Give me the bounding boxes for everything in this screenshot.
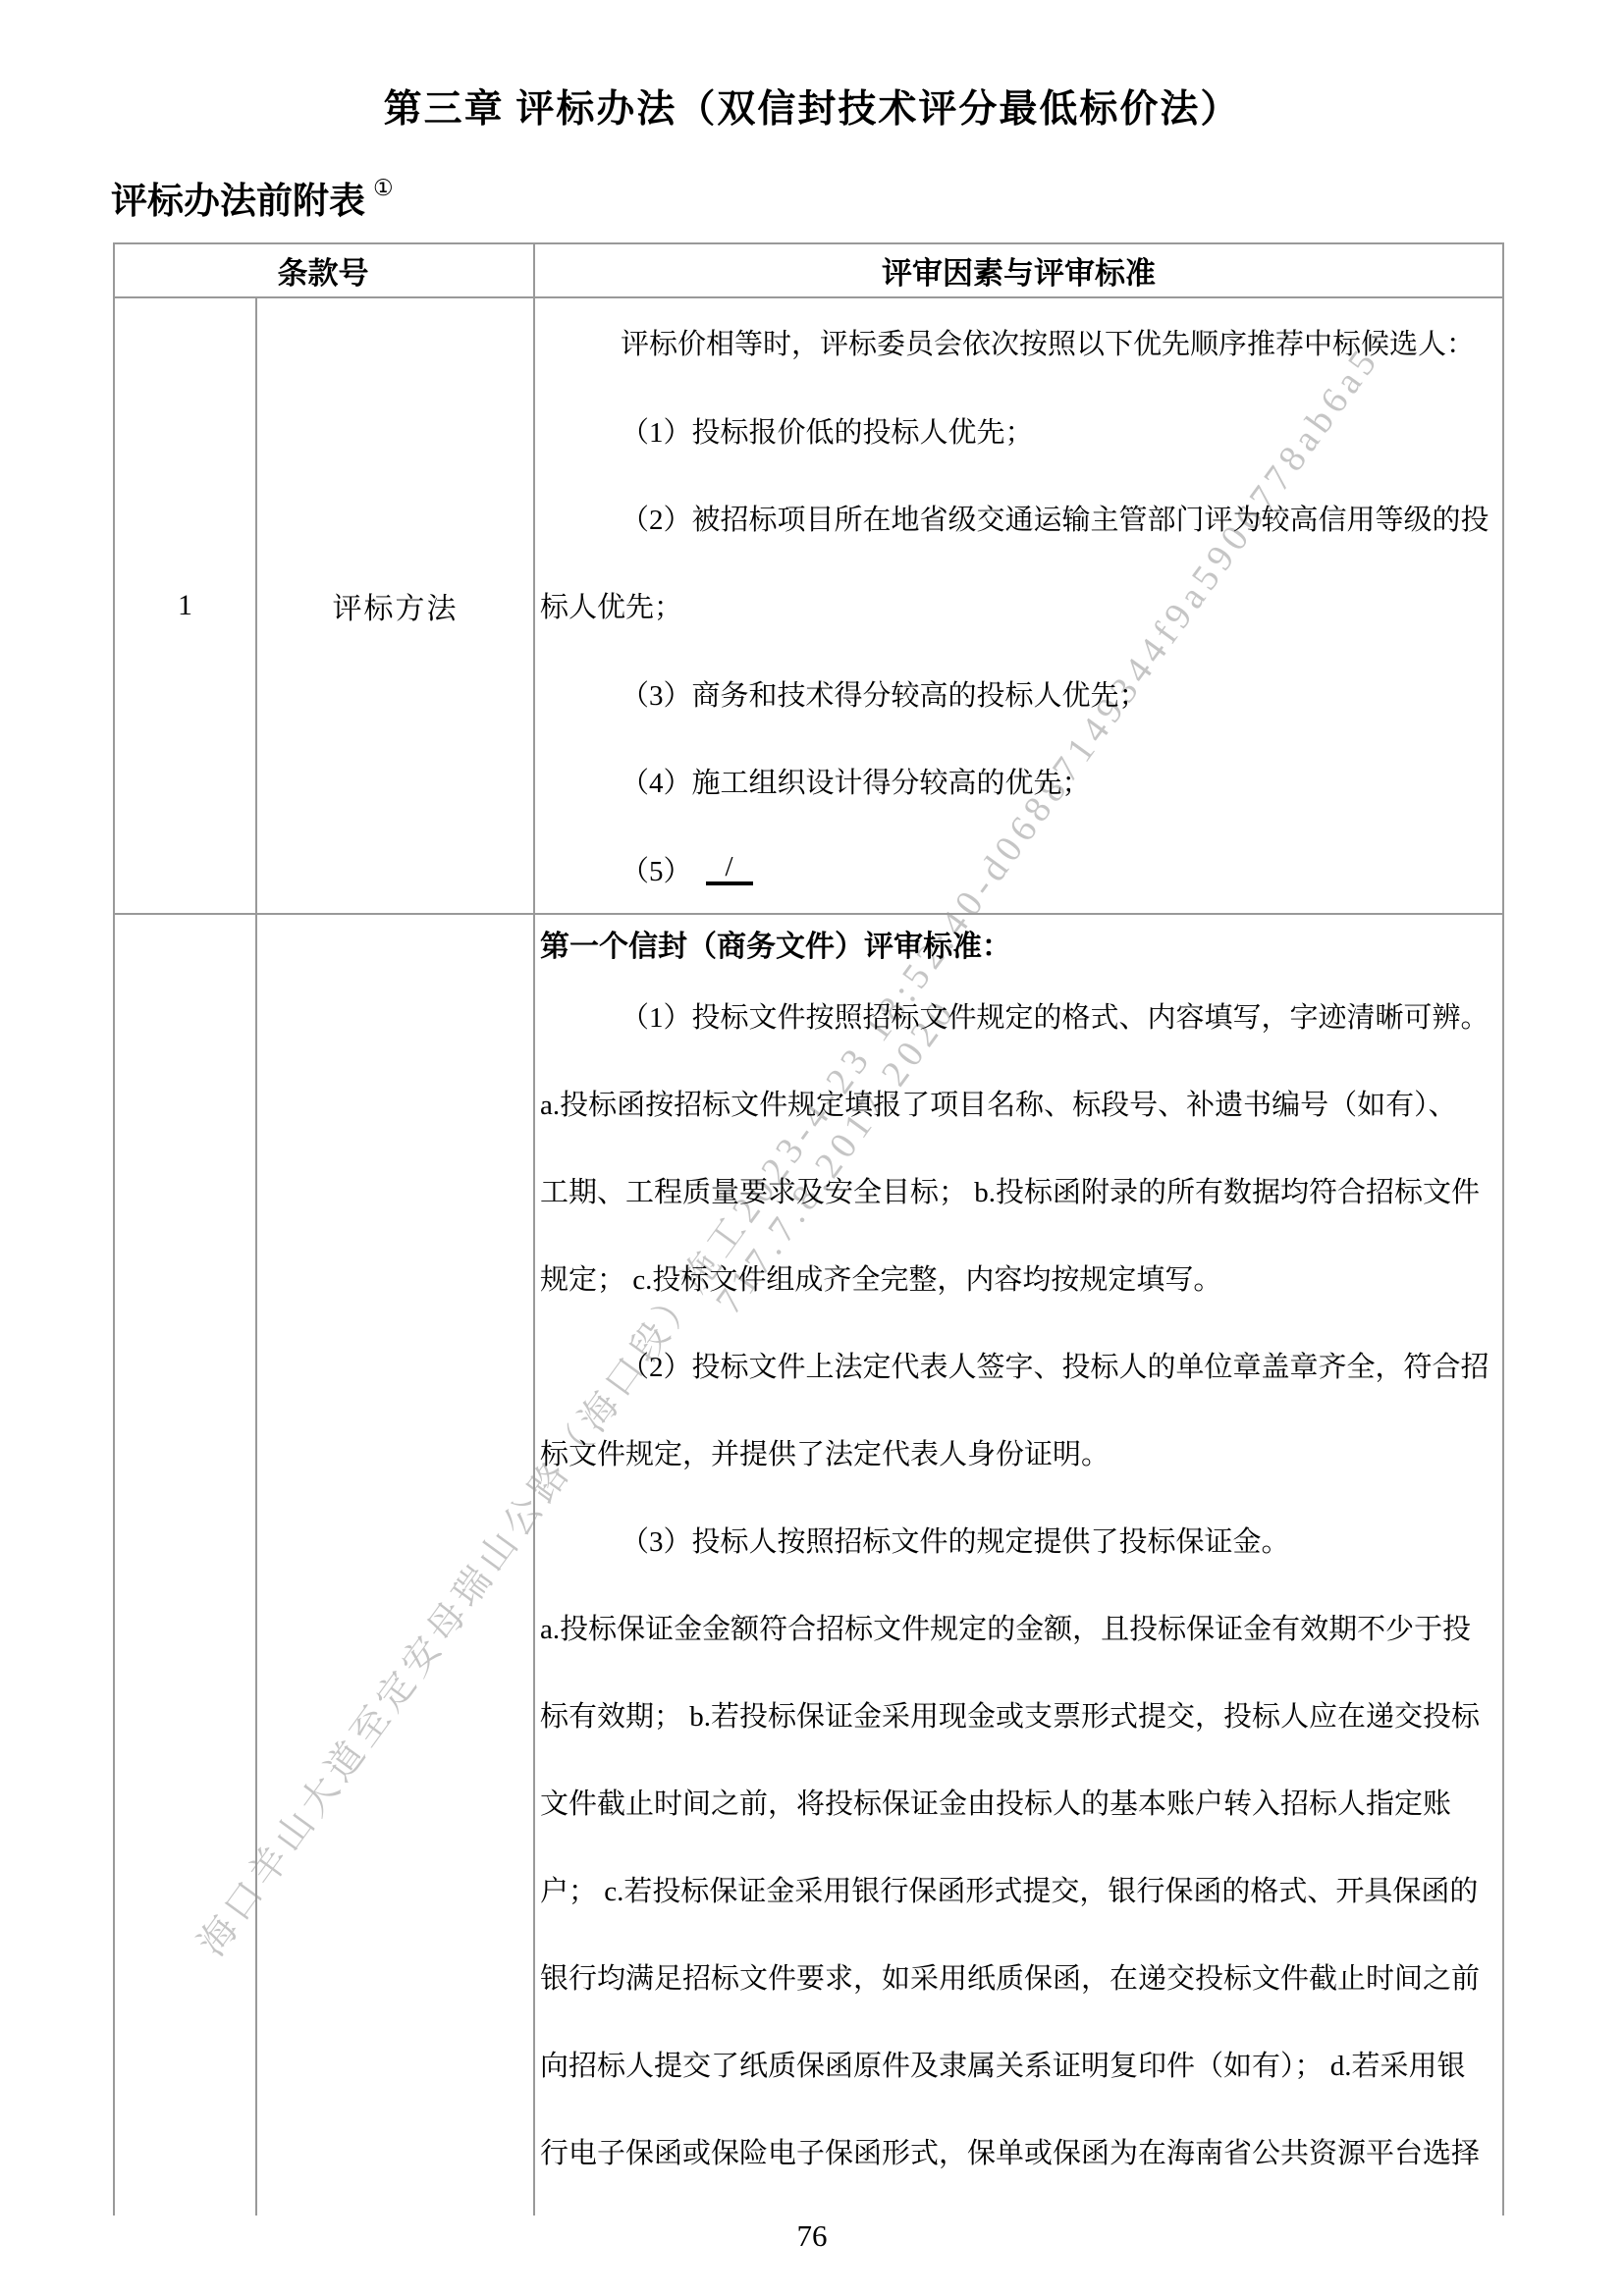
- text-line: 标有效期； b.若投标保证金采用现金或支票形式提交，投标人应在递交投标: [534, 1671, 1502, 1758]
- section-heading-text: 评标办法前附表: [111, 182, 365, 222]
- chapter-title: 第三章 评标办法（双信封技术评分最低标价法）: [0, 79, 1624, 133]
- header-criteria-col: 评审因素与评审标准: [535, 244, 1502, 296]
- text-line: （2）投标文件上法定代表人签字、投标人的单位章盖章齐全，符合招: [534, 1321, 1502, 1409]
- envelope1-criteria-title: 第一个信封（商务文件）评审标准：: [534, 915, 1502, 972]
- text-line: a.投标函按招标文件规定填报了项目名称、标段号、补遗书编号（如有）、: [534, 1059, 1502, 1147]
- text-line: 规定； c.投标文件组成齐全完整，内容均按规定填写。: [534, 1234, 1502, 1321]
- text-line: 评标价相等时，评标委员会依次按照以下优先顺序推荐中标候选人：: [534, 298, 1502, 386]
- section-heading-footnote-mark: ①: [373, 176, 394, 200]
- text-line: （5） /: [534, 825, 1502, 912]
- text-line: （3）投标人按照招标文件的规定提供了投标保证金。: [534, 1496, 1502, 1583]
- text-line: 标文件规定，并提供了法定代表人身份证明。: [534, 1409, 1502, 1496]
- text-line: 银行均满足招标文件要求，如采用纸质保函，在递交投标文件截止时间之前: [534, 1933, 1502, 2020]
- page-number: 76: [0, 2218, 1624, 2254]
- header-clause-col: 条款号: [113, 244, 533, 296]
- item-5-label: （5）: [621, 849, 692, 889]
- text-line: a.投标保证金金额符合招标文件规定的金额，且投标保证金有效期不少于投: [534, 1583, 1502, 1671]
- text-line: （4）施工组织设计得分较高的优先；: [534, 737, 1502, 825]
- text-line: （1）投标报价低的投标人优先；: [534, 386, 1502, 473]
- table-border-right: [1502, 242, 1504, 2216]
- text-line: 文件截止时间之前，将投标保证金由投标人的基本账户转入招标人指定账: [534, 1758, 1502, 1845]
- text-line: （2）被招标项目所在地省级交通运输主管部门评为较高信用等级的投: [534, 474, 1502, 561]
- document-page: 海口羊山大道至定安母瑞山公路（海口段）施工2023-4-23 18:52:40-…: [0, 0, 1624, 2296]
- text-line: 标人优先；: [534, 561, 1502, 649]
- row1-clause-name: 评标方法: [257, 298, 533, 913]
- row1-criteria-content: 评标价相等时，评标委员会依次按照以下优先顺序推荐中标候选人： （1）投标报价低的…: [534, 298, 1502, 913]
- evaluation-table: 条款号 评审因素与评审标准 1 评标方法 评标价相等时，评标委员会依次按照以下优…: [113, 242, 1504, 2216]
- text-line: （1）投标文件按照招标文件规定的格式、内容填写，字迹清晰可辨。: [534, 972, 1502, 1059]
- text-line: 向招标人提交了纸质保函原件及隶属关系证明复印件（如有）； d.若采用银: [534, 2020, 1502, 2108]
- row1-clause-number: 1: [115, 298, 255, 913]
- text-line: 工期、工程质量要求及安全目标； b.投标函附录的所有数据均符合招标文件: [534, 1147, 1502, 1234]
- text-line: （3）商务和技术得分较高的投标人优先；: [534, 650, 1502, 737]
- item-5-blank-slash: /: [706, 852, 753, 885]
- text-line: 行电子保函或保险电子保函形式，保单或保函为在海南省公共资源平台选择: [534, 2108, 1502, 2195]
- text-line: 户； c.若投标保证金采用银行保函形式提交，银行保函的格式、开具保函的: [534, 1845, 1502, 1933]
- row2-criteria-content: 第一个信封（商务文件）评审标准： （1）投标文件按照招标文件规定的格式、内容填写…: [534, 915, 1502, 2214]
- section-heading: 评标办法前附表①: [111, 171, 394, 224]
